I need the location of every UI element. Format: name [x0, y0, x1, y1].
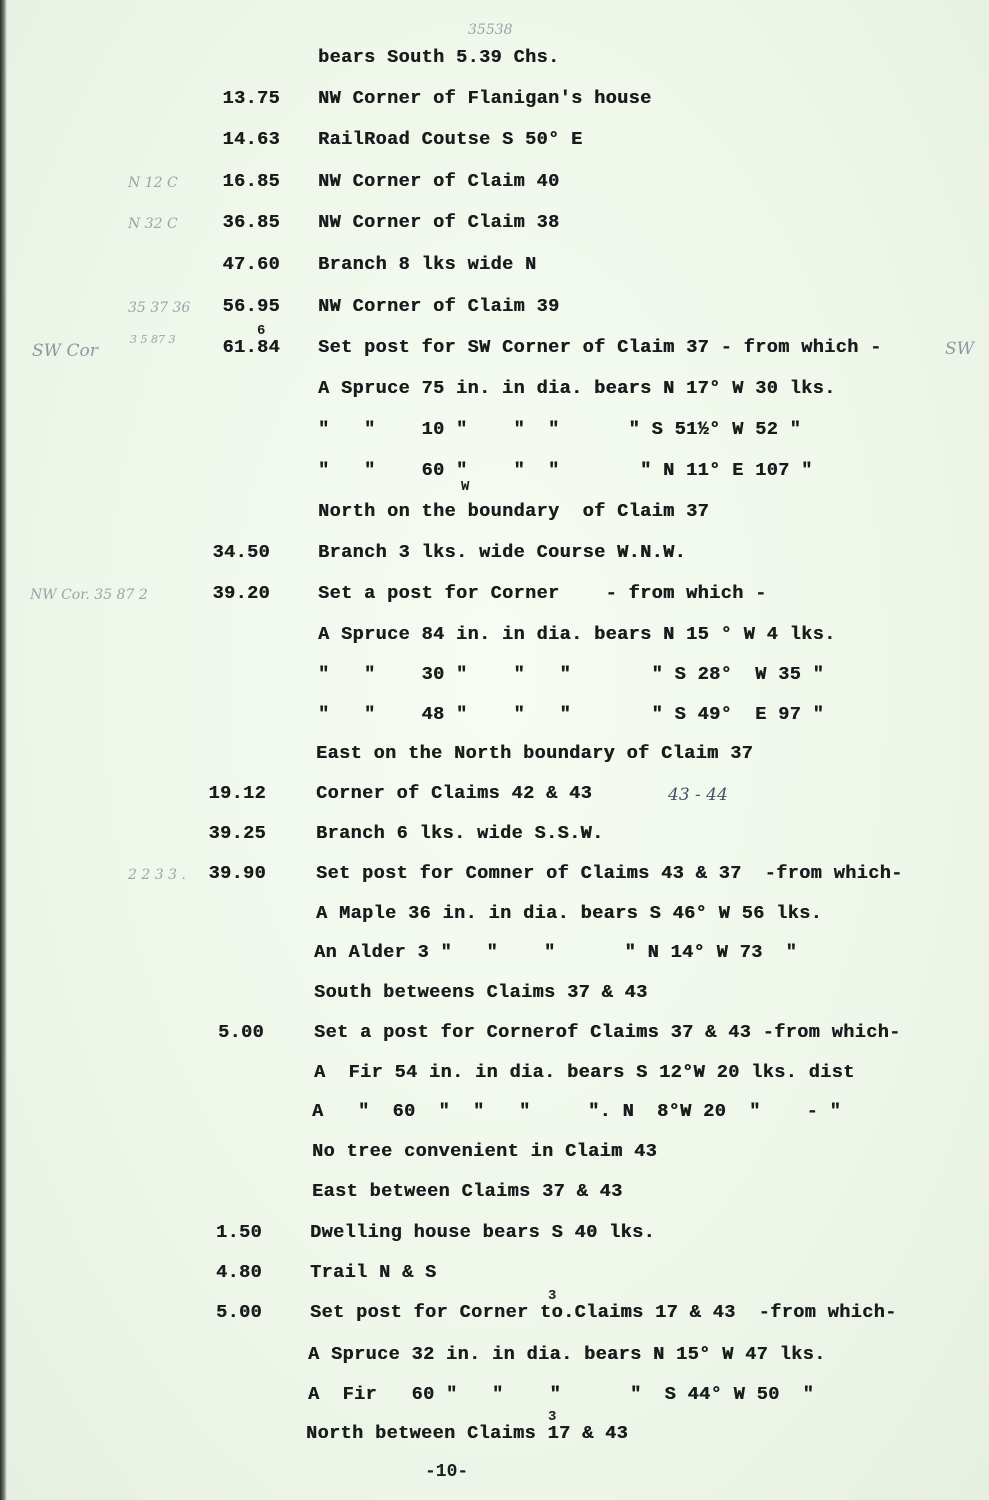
- right-pencil-note: SW: [945, 339, 974, 359]
- entry-text: East on the North boundary of Claim 37: [316, 743, 753, 764]
- typed-insertion: W: [461, 479, 469, 495]
- entry-text: " " 10 " " " " S 51½° W 52 ": [318, 419, 801, 440]
- handwritten-correction: 3: [548, 1288, 556, 1304]
- entry-distance: 5.00: [182, 1302, 262, 1323]
- entry-text: East between Claims 37 & 43: [312, 1181, 623, 1202]
- entry-text: No tree convenient in Claim 43: [312, 1141, 657, 1162]
- entry-distance: 4.80: [182, 1262, 262, 1283]
- entry-text: South betweens Claims 37 & 43: [314, 982, 648, 1003]
- entry-text: A Fir 54 in. in dia. bears S 12°W 20 lks…: [314, 1062, 855, 1083]
- margin-pencil-note: 2 2 3 3 .: [128, 867, 186, 883]
- entry-text: NW Corner of Flanigan's house: [318, 88, 652, 109]
- entry-distance: 5.00: [184, 1022, 264, 1043]
- margin-pencil-note: NW Cor. 35 87 2: [30, 587, 148, 603]
- entry-text: RailRoad Coutse S 50° E: [318, 129, 583, 150]
- entry-text: A Spruce 32 in. in dia. bears N 15° W 47…: [308, 1344, 826, 1365]
- document-page: 35538 bears South 5.39 Chs.13.75NW Corne…: [0, 0, 989, 1500]
- margin-pencil-note: SW Cor: [32, 341, 98, 361]
- right-pencil-note: 43 - 44: [668, 785, 728, 805]
- entry-text: Set post for SW Corner of Claim 37 - fro…: [318, 337, 882, 358]
- entry-text: NW Corner of Claim 38: [318, 212, 560, 233]
- entry-text: North on the boundary of Claim 37: [318, 501, 709, 522]
- pencil-note-top: 35538: [468, 22, 513, 38]
- entry-text: " " 48 " " " " S 49° E 97 ": [318, 704, 824, 725]
- entry-text: " " 60 " " " " N 11° E 107 ": [318, 460, 813, 481]
- entry-text: An Alder 3 " " " " N 14° W 73 ": [314, 942, 797, 963]
- entry-distance: 56.95: [200, 296, 280, 317]
- entry-text: A Fir 60 " " " " S 44° W 50 ": [308, 1384, 814, 1405]
- entry-text: NW Corner of Claim 39: [318, 296, 560, 317]
- entry-text: Corner of Claims 42 & 43: [316, 783, 592, 804]
- entry-distance: 34.50: [190, 542, 270, 563]
- entry-distance: 61.84: [200, 337, 280, 358]
- margin-pencil-note: 3 5 87 3: [130, 333, 175, 346]
- entry-text: A Spruce 75 in. in dia. bears N 17° W 30…: [318, 378, 836, 399]
- entry-text: A Spruce 84 in. in dia. bears N 15 ° W 4…: [318, 624, 836, 645]
- entry-distance: 39.25: [186, 823, 266, 844]
- entry-distance: 39.90: [186, 863, 266, 884]
- entry-distance: 1.50: [182, 1222, 262, 1243]
- margin-pencil-note: N 12 C: [128, 175, 178, 191]
- entry-distance: 47.60: [200, 254, 280, 275]
- entry-distance: 13.75: [200, 88, 280, 109]
- margin-pencil-note: N 32 C: [128, 216, 178, 232]
- entry-text: Set a post for Corner - from which -: [318, 583, 767, 604]
- entry-text: Branch 3 lks. wide Course W.N.W.: [318, 542, 686, 563]
- entry-text: A Maple 36 in. in dia. bears S 46° W 56 …: [316, 903, 822, 924]
- entry-text: Branch 8 lks wide N: [318, 254, 537, 275]
- entry-distance: 19.12: [186, 783, 266, 804]
- entry-distance: 16.85: [200, 171, 280, 192]
- entry-text: Branch 6 lks. wide S.S.W.: [316, 823, 604, 844]
- page-binding-edge: [0, 0, 7, 1500]
- handwritten-correction: 3: [548, 1409, 556, 1425]
- entry-text: " " 30 " " " " S 28° W 35 ": [318, 664, 824, 685]
- entry-distance: 14.63: [200, 129, 280, 150]
- entry-distance: 36.85: [200, 212, 280, 233]
- entry-text: Dwelling house bears S 40 lks.: [310, 1222, 655, 1243]
- margin-pencil-note: 35 37 36: [128, 300, 190, 316]
- handwritten-correction: 6: [257, 323, 265, 339]
- entry-text: Set post for Corner to.Claims 17 & 43 -f…: [310, 1302, 897, 1323]
- entry-text: Trail N & S: [310, 1262, 437, 1283]
- entry-text: A " 60 " " " ". N 8°W 20 " - ": [312, 1101, 841, 1122]
- entry-text: bears South 5.39 Chs.: [318, 47, 560, 68]
- page-number: -10-: [425, 1462, 468, 1482]
- entry-text: NW Corner of Claim 40: [318, 171, 560, 192]
- entry-text: Set a post for Cornerof Claims 37 & 43 -…: [314, 1022, 901, 1043]
- entry-distance: 39.20: [190, 583, 270, 604]
- entry-text: North between Claims 17 & 43: [306, 1423, 628, 1444]
- entry-text: Set post for Comner of Claims 43 & 37 -f…: [316, 863, 903, 884]
